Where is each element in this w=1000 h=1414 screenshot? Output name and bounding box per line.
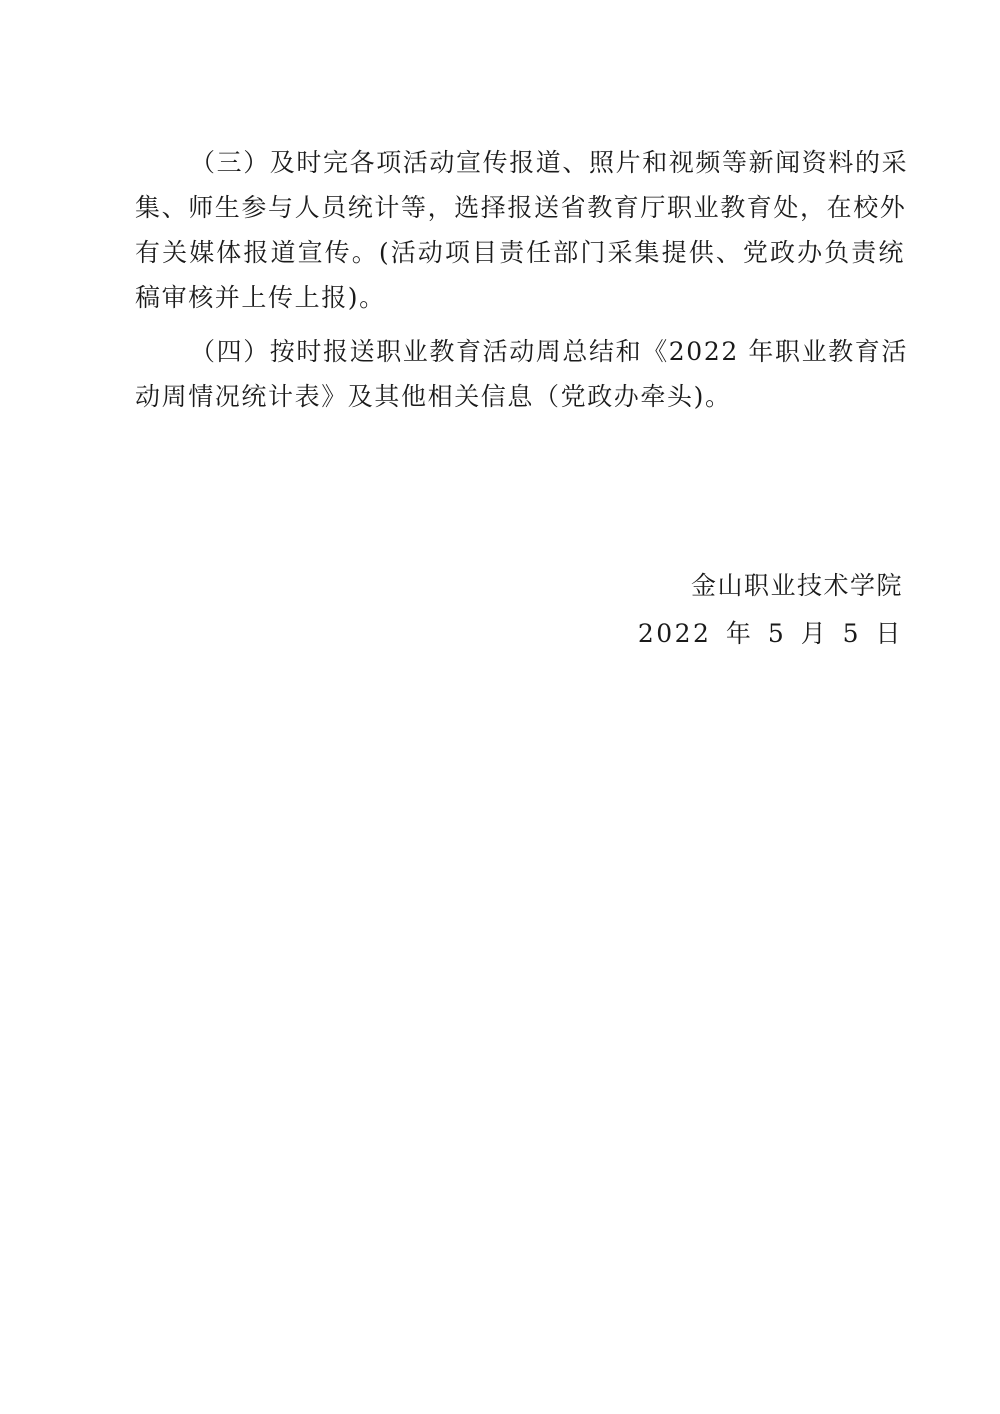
paragraph-spacer — [135, 320, 905, 329]
signature-organization: 金山职业技术学院 — [638, 562, 903, 610]
paragraph-item-4: （四）按时报送职业教育活动周总结和《2022 年职业教育活 动周情况统计表》及其… — [135, 329, 905, 419]
document-page: （三）及时完各项活动宣传报道、照片和视频等新闻资料的采 集、师生参与人员统计等，… — [0, 0, 1000, 1414]
text-line: 动周情况统计表》及其他相关信息（党政办牵头)。 — [135, 374, 905, 419]
document-body: （三）及时完各项活动宣传报道、照片和视频等新闻资料的采 集、师生参与人员统计等，… — [135, 140, 905, 419]
text-line: 有关媒体报道宣传。(活动项目责任部门采集提供、党政办负责统 — [135, 230, 905, 275]
text-line: 集、师生参与人员统计等，选择报送省教育厅职业教育处，在校外 — [135, 185, 905, 230]
text-line: 稿审核并上传上报)。 — [135, 275, 905, 320]
paragraph-item-3: （三）及时完各项活动宣传报道、照片和视频等新闻资料的采 集、师生参与人员统计等，… — [135, 140, 905, 320]
text-line: （四）按时报送职业教育活动周总结和《2022 年职业教育活 — [135, 329, 905, 374]
signature-date: 2022 年 5 月 5 日 — [638, 610, 903, 658]
signature-block: 金山职业技术学院 2022 年 5 月 5 日 — [638, 562, 903, 658]
text-line: （三）及时完各项活动宣传报道、照片和视频等新闻资料的采 — [135, 140, 905, 185]
